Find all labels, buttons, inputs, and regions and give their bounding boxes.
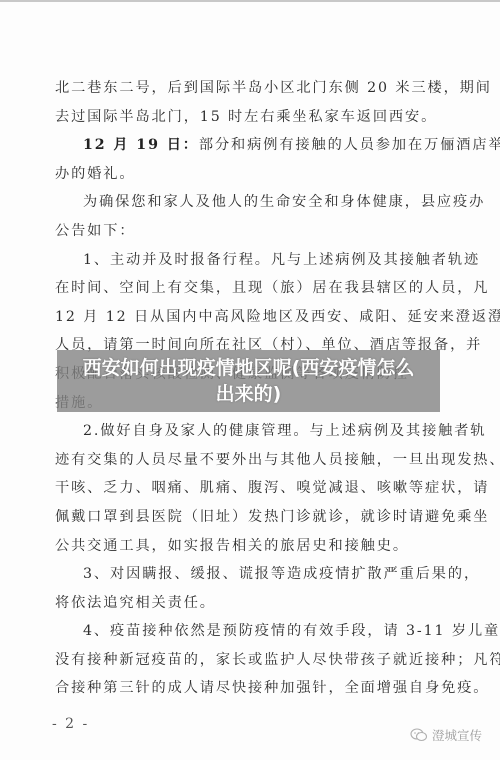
doc-line: 公共交通工具，如实报告相关的旅居史和接触史。 [55,532,438,561]
document-page: 北二巷东二号，后到国际半岛小区北门东侧 20 米三楼，期间 去过国际半岛北门，1… [0,0,500,760]
doc-line: 公告如下： [55,217,438,246]
doc-line-item-2: 2.做好自身及家人的健康管理。与上述病例及其接触者轨 [55,417,438,446]
title-overlay-banner: 西安如何出现疫情地区呢(西安疫情怎么出来的) [57,350,440,412]
doc-line: 北二巷东二号，后到国际半岛小区北门东侧 20 米三楼，期间 [55,74,438,103]
doc-line: 在时间、空间上有交集，且现（旅）居在我县辖区的人员，凡 [55,274,438,303]
doc-line: 去过国际半岛北门，15 时左右乘坐私家车返回西安。 [55,103,438,132]
doc-line: 干咳、乏力、咽痛、肌痛、腹泻、嗅觉减退、咳嗽等症状，请 [55,474,438,503]
doc-line-date-entry: 12 月 19 日：部分和病例有接触的人员参加在万俪酒店举 [55,131,438,160]
doc-line: 将依法追究相关责任。 [55,589,438,618]
doc-line-item-3: 3、对因瞒报、缓报、谎报等造成疫情扩散严重后果的， [55,560,438,589]
doc-line: 没有接种新冠疫苗的，家长或监护人尽快带孩子就近接种；凡符 [55,646,438,675]
watermark: 澄城宣传 [410,726,482,744]
wechat-icon [410,728,428,742]
page-number: - 2 - [52,716,89,732]
watermark-label: 澄城宣传 [432,726,482,744]
doc-line: 迹有交集的人员尽量不要外出与其他人员接触，一旦出现发热、 [55,446,438,475]
doc-line: 佩戴口罩到县医院（旧址）发热门诊就诊，就诊时请避免乘坐 [55,503,438,532]
article-title: 西安如何出现疫情地区呢(西安疫情怎么出来的) [79,355,419,407]
doc-line: 办的婚礼。 [55,160,438,189]
doc-line: 为确保您和家人及他人的生命安全和身体健康，县应疫办 [55,188,438,217]
top-border [0,0,500,2]
doc-line-item-1: 1、主动并及时报备行程。凡与上述病例及其接触者轨迹 [55,246,438,275]
doc-line: 12 月 12 日从国内中高风险地区及西安、咸阳、延安来澄返澄 [55,303,438,332]
doc-line: 合接种第三针的成人请尽快接种加强针，全面增强自身免疫。 [55,674,438,703]
date-entry-text: 部分和病例有接触的人员参加在万俪酒店举 [199,137,500,153]
date-label: 12 月 19 日： [83,137,199,153]
doc-line-item-4: 4、疫苗接种依然是预防疫情的有效手段，请 3-11 岁儿童还 [55,617,438,646]
